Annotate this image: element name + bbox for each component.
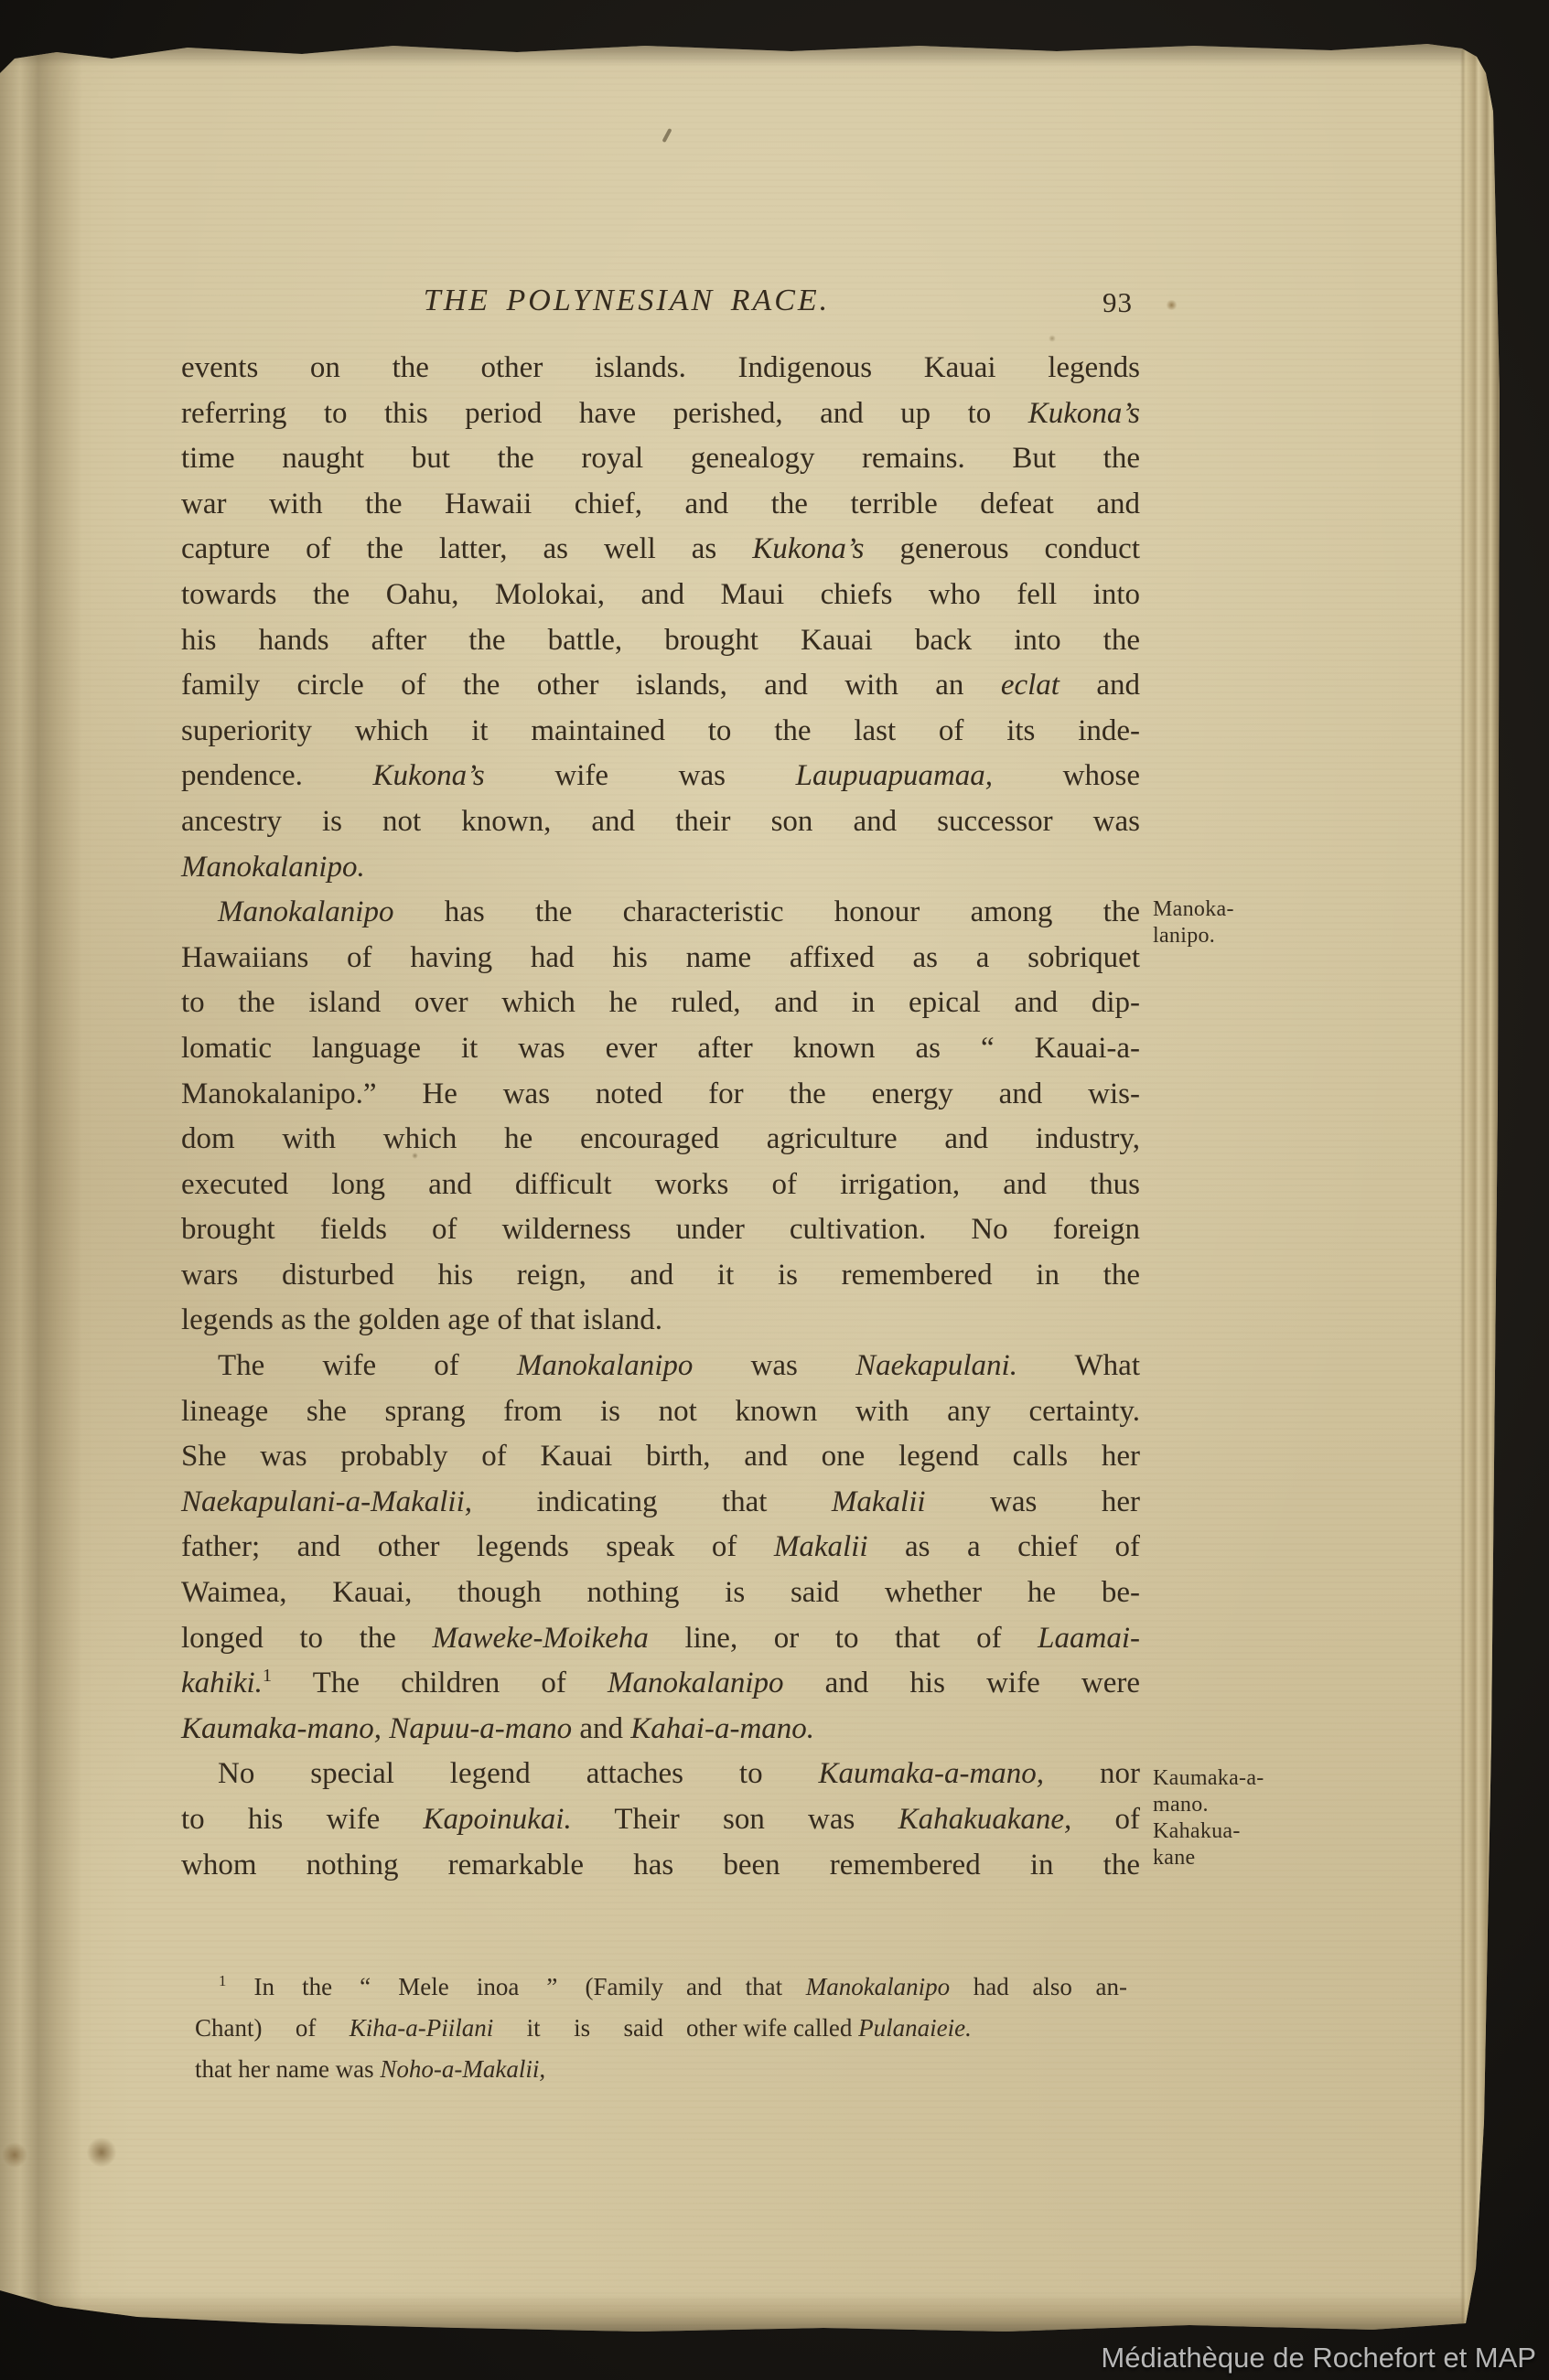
body-text: events on the other islands. Indigenous … [181,346,1140,1888]
text-line: Kaumaka-mano, Napuu-a-mano and Kahai-a-m… [181,1707,1140,1753]
text-line: 1 In the “ Mele inoa ” (Family [195,1967,663,2008]
text-line: towards the Oahu, Molokai, and Maui chie… [181,573,1140,618]
text-line: events on the other islands. Indigenous … [181,346,1140,391]
margin-note-line: kane [1153,1845,1318,1871]
text-line: She was probably of Kauai birth, and one… [181,1434,1140,1480]
library-watermark: Médiathèque de Rochefort et MAP [1101,2342,1536,2375]
text-line: Manokalanipo.” He was noted for the ener… [181,1072,1140,1118]
text-line: brought fields of wilderness under culti… [181,1207,1140,1253]
margin-note-kaumaka-kahakua: Kaumaka-a-mano.Kahakua-kane [1153,1765,1318,1871]
paragraph: The wife of Manokalanipo was Naekapulani… [181,1344,1140,1752]
text-line: war with the Hawaii chief, and the terri… [181,482,1140,528]
page-number: 93 [1103,286,1133,319]
foxing-stain [2,2142,27,2168]
text-line: Chant) of Kiha-a-Piilani it is said [195,2008,663,2049]
text-line: other wife called Pulanaieie. [686,2008,1127,2049]
footnote-left-column: 1 In the “ Mele inoa ” (FamilyChant) of … [195,1967,663,2090]
text-line: Naekapulani-a-Makalii, indicating that M… [181,1480,1140,1526]
book-page: THE POLYNESIAN RACE. 93 events on the ot… [0,0,1549,2380]
margin-note-line: Kaumaka-a- [1153,1765,1318,1792]
text-line: father; and other legends speak of Makal… [181,1525,1140,1571]
paragraph: events on the other islands. Indigenous … [181,346,1140,890]
margin-note-manokalanipo: Manoka-lanipo. [1153,896,1318,949]
text-line: family circle of the other islands, and … [181,663,1140,709]
footnote-right-column: and that Manokalanipo had also an-other … [686,1967,1127,2049]
text-line: to the island over which he ruled, and i… [181,981,1140,1026]
text-line: Manokalanipo. [181,845,1140,891]
text-line: legends as the golden age of that island… [181,1298,1140,1344]
scan-background: THE POLYNESIAN RACE. 93 events on the ot… [0,0,1549,2380]
page-top-edge-shadow [0,42,1501,66]
text-line: kahiki.1 The children of Manokalanipo an… [181,1661,1140,1707]
text-line: his hands after the battle, brought Kaua… [181,618,1140,664]
text-line: No special legend attaches to Kaumaka-a-… [181,1752,1140,1797]
text-line: whom nothing remarkable has been remembe… [181,1843,1140,1889]
text-line: time naught but the royal genealogy rema… [181,436,1140,482]
margin-note-line: Kahakua- [1153,1818,1318,1845]
text-line: superiority which it maintained to the l… [181,709,1140,755]
text-line: lomatic language it was ever after known… [181,1026,1140,1072]
text-line: longed to the Maweke-Moikeha line, or to… [181,1616,1140,1662]
page-bottom-edge-shadow [37,2294,1473,2332]
binding-gutter-shadow [0,46,137,2330]
text-line: dom with which he encouraged agriculture… [181,1117,1140,1163]
running-header: THE POLYNESIAN RACE. [146,283,1107,319]
foxing-stain [1166,300,1178,310]
text-line: pendence. Kukona’s wife was Laupuapuamaa… [181,754,1140,799]
margin-note-line: mano. [1153,1792,1318,1818]
text-line: Waimea, Kauai, though nothing is said wh… [181,1571,1140,1616]
text-line: wars disturbed his reign, and it is reme… [181,1253,1140,1299]
ink-mark [662,128,672,143]
text-line: and that Manokalanipo had also an- [686,1967,1127,2008]
foxing-stain [86,2137,117,2168]
text-line: Manokalanipo has the characteristic hono… [181,890,1140,936]
margin-note-line: Manoka- [1153,896,1318,923]
paragraph: No special legend attaches to Kaumaka-a-… [181,1752,1140,1888]
text-line: that her name was Noho-a-Makalii, [195,2049,663,2090]
text-line: executed long and difficult works of irr… [181,1163,1140,1208]
paragraph: Manokalanipo has the characteristic hono… [181,890,1140,1344]
text-line: capture of the latter, as well as Kukona… [181,527,1140,573]
text-line: ancestry is not known, and their son and… [181,799,1140,845]
text-line: Hawaiians of having had his name affixed… [181,936,1140,981]
foxing-stain [1049,335,1056,342]
text-line: The wife of Manokalanipo was Naekapulani… [181,1344,1140,1389]
margin-note-line: lanipo. [1153,923,1318,949]
text-line: lineage she sprang from is not known wit… [181,1389,1140,1435]
text-line: to his wife Kapoinukai. Their son was Ka… [181,1797,1140,1843]
foxing-stain [412,1152,418,1159]
page-stack-edge [1460,48,1501,2327]
text-line: referring to this period have perished, … [181,391,1140,437]
